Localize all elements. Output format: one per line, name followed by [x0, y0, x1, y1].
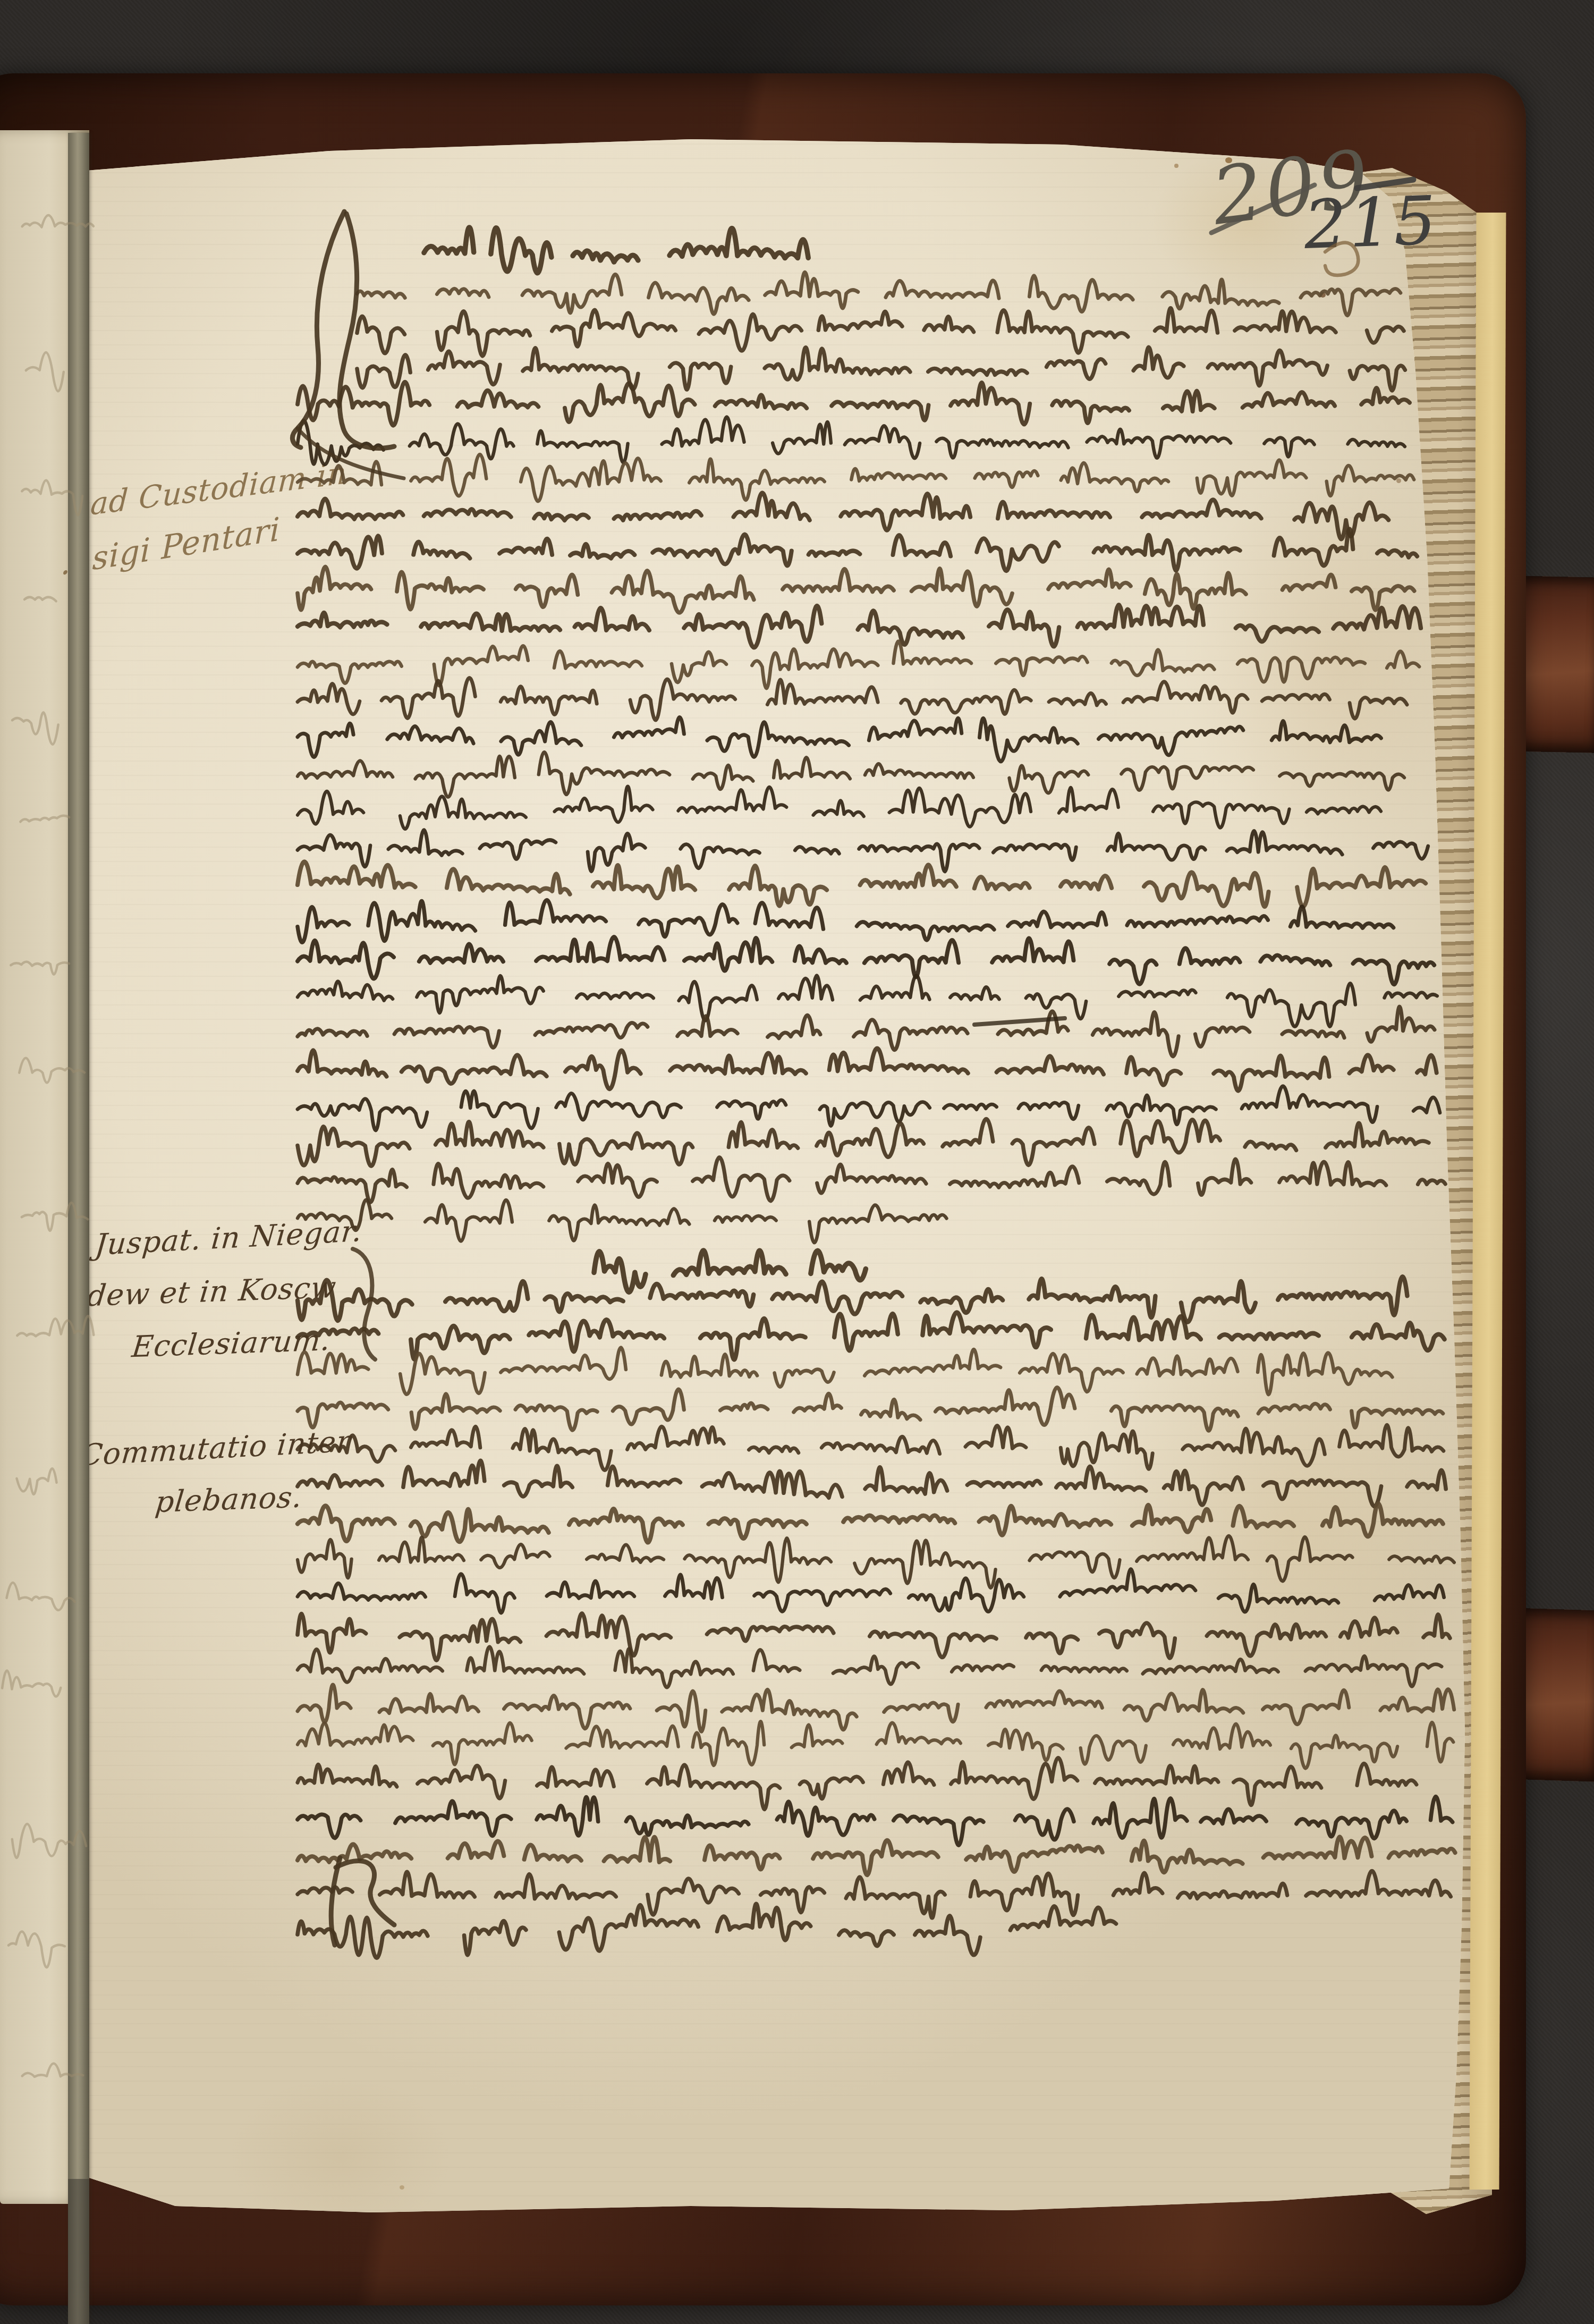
- handwriting-stroke: [298, 605, 1421, 647]
- handwriting-stroke: [298, 1837, 1455, 1875]
- handwriting-stroke: [9, 1931, 65, 1967]
- handwriting-stroke: [11, 962, 69, 975]
- manuscript-photograph: 209 215 ad Custodiam in …sigi Pentari Ju…: [0, 0, 1594, 2324]
- handwriting-stroke: [298, 752, 1404, 797]
- handwriting-stroke: [298, 1503, 1443, 1542]
- handwriting-stroke: [2, 1671, 61, 1697]
- handwriting-stroke: [357, 272, 1401, 316]
- handwriting-stroke: [298, 428, 404, 478]
- handwriting-stroke: [298, 1119, 1429, 1166]
- handwriting-stroke: [298, 567, 1414, 612]
- handwriting-stroke: [22, 1203, 88, 1231]
- handwriting-stroke: [298, 1313, 1445, 1360]
- handwriting-stroke: [298, 454, 1414, 501]
- handwriting-stroke: [12, 1824, 86, 1858]
- handwriting-stroke: [298, 717, 1381, 762]
- handwriting-stroke: [298, 1157, 1445, 1203]
- handwriting-stroke: [12, 713, 58, 745]
- handwriting-stroke: [298, 678, 1407, 720]
- handwriting-stroke: [7, 1583, 75, 1610]
- handwriting-stroke: [298, 1425, 1444, 1470]
- handwriting-stroke: [298, 1007, 1435, 1057]
- handwriting-stroke: [298, 1388, 1443, 1431]
- handwriting-stroke: [298, 1871, 1451, 1918]
- handwriting-stroke: [1211, 185, 1315, 233]
- handwriting-stroke: [1357, 180, 1413, 188]
- handwriting-stroke: [298, 1200, 946, 1243]
- handwriting-stroke: [298, 830, 1428, 872]
- handwriting-stroke: [19, 1058, 84, 1083]
- handwriting-stroke: [357, 347, 1405, 391]
- handwriting-stroke: [298, 529, 1417, 571]
- handwriting-stroke: [22, 2064, 83, 2077]
- handwriting-stroke: [298, 1460, 1446, 1506]
- handwriting-stroke: [17, 1468, 57, 1494]
- handwriting-stroke: [26, 352, 64, 391]
- handwriting-stroke: [298, 1536, 1454, 1588]
- handwriting-stroke: [298, 1647, 1442, 1687]
- handwriting-stroke: [24, 597, 56, 602]
- handwriting-stroke: [298, 1904, 1116, 1958]
- handwriting-stroke: [22, 480, 82, 515]
- handwriting-stroke: [298, 1049, 1437, 1091]
- handwriting-stroke: [298, 382, 1410, 426]
- handwriting-stroke: [298, 1685, 1454, 1732]
- handwriting-stroke: [331, 1858, 340, 1945]
- handwriting-stroke: [298, 493, 1388, 539]
- handwriting-stroke: [298, 1277, 1407, 1322]
- handwriting-stroke: [298, 1348, 1392, 1395]
- handwriting-stroke: [357, 308, 1404, 356]
- handwriting-stroke: [1325, 242, 1358, 275]
- handwriting-overlay: [0, 0, 1594, 2324]
- handwriting-stroke: [298, 1758, 1417, 1810]
- handwriting-stroke: [298, 1721, 1453, 1768]
- handwriting-stroke: [298, 937, 1434, 984]
- handwriting-stroke: [298, 1613, 1450, 1661]
- handwriting-stroke: [17, 1316, 94, 1336]
- handwriting-stroke: [298, 1569, 1444, 1613]
- handwriting-stroke: [298, 861, 1426, 907]
- handwriting-stroke: [298, 787, 1381, 829]
- handwriting-stroke: [22, 215, 94, 227]
- handwriting-stroke: [298, 417, 1405, 464]
- handwriting-stroke: [974, 1018, 1065, 1025]
- handwriting-stroke: [298, 1797, 1453, 1846]
- handwriting-stroke: [298, 975, 1437, 1026]
- handwriting-stroke: [424, 227, 808, 273]
- handwriting-stroke: [298, 900, 1394, 943]
- handwriting-stroke: [20, 816, 69, 822]
